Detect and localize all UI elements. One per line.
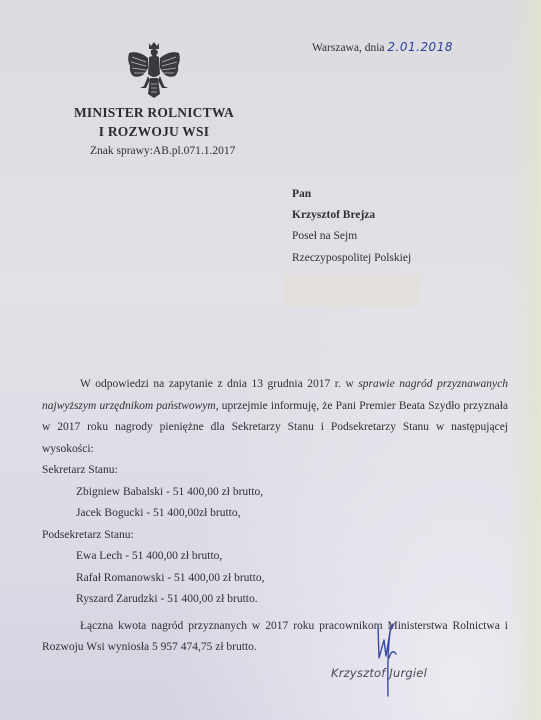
ministry-header: MINISTER ROLNICTWA I ROZWOJU WSI	[60, 103, 248, 141]
list-item: Zbigniew Babalski - 51 400,00 zł brutto,	[42, 482, 508, 504]
handwritten-signature-icon	[372, 618, 412, 698]
list-item: Jacek Bogucki - 51 400,00zł brutto,	[42, 503, 508, 525]
redacted-address-block	[283, 274, 419, 306]
ministry-title-line1: MINISTER ROLNICTWA	[60, 103, 248, 122]
polish-eagle-emblem-icon	[124, 40, 184, 102]
intro-text-1: W odpowiedzi na zapytanie z dnia 13 grud…	[80, 378, 358, 390]
list-item: Rafał Romanowski - 51 400,00 zł brutto,	[42, 568, 508, 590]
intro-paragraph: W odpowiedzi na zapytanie z dnia 13 grud…	[42, 374, 508, 460]
recipient-salutation: Pan	[292, 184, 411, 205]
signatory-name: Krzysztof Jurgiel	[331, 666, 427, 680]
recipient-name: Krzysztof Brejza	[292, 205, 411, 226]
recipient-line2: Rzeczypospolitej Polskiej	[292, 248, 411, 269]
place-date-prefix: Warszawa, dnia	[312, 42, 385, 54]
place-date: Warszawa, dnia 2.01.2018	[312, 40, 453, 54]
recipient-line1: Poseł na Sejm	[292, 226, 411, 247]
group-title-secretary: Sekretarz Stanu:	[42, 460, 508, 482]
group-title-undersecretary: Podsekretarz Stanu:	[42, 525, 508, 547]
list-item: Ryszard Zarudzki - 51 400,00 zł brutto.	[42, 589, 508, 611]
total-paragraph: Łączna kwota nagród przyznanych w 2017 r…	[42, 616, 508, 659]
case-reference: Znak sprawy:AB.pl.071.1.2017	[90, 145, 235, 157]
list-item: Ewa Lech - 51 400,00 zł brutto,	[42, 546, 508, 568]
handwritten-date: 2.01.2018	[387, 40, 453, 54]
letter-body: W odpowiedzi na zapytanie z dnia 13 grud…	[42, 374, 508, 659]
ministry-title-line2: I ROZWOJU WSI	[60, 122, 248, 141]
